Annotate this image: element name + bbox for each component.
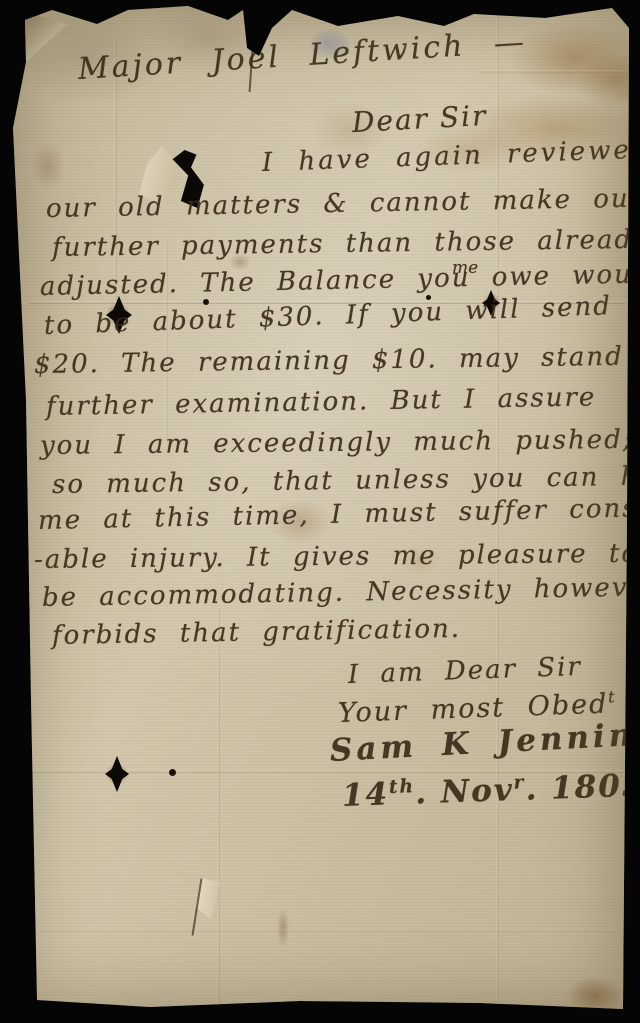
paper-edge-shading [0,0,640,1023]
letter-paper: Major Joel Leftwich — Dear Sir I have ag… [0,0,640,1023]
letter-photo: Major Joel Leftwich — Dear Sir I have ag… [0,0,640,1023]
